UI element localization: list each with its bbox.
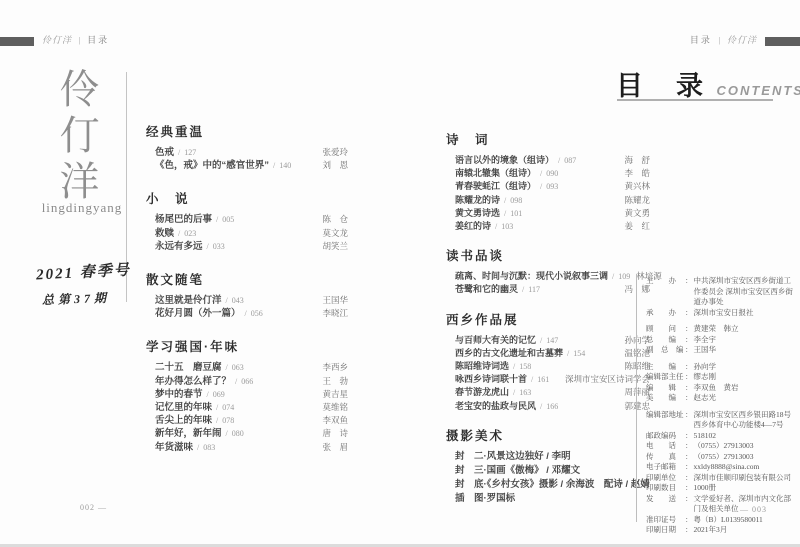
toc-item-title: 杨尾巴的后事 / 005	[155, 214, 234, 226]
colophon-value: 李双鱼 黄岩	[694, 383, 799, 394]
toc-item-page: / 074	[212, 403, 234, 412]
section-title: 诗 词	[446, 130, 650, 148]
colophon-row: 印刷数目：1000册	[646, 483, 798, 494]
colophon-row: 传 真：（0755）27913003	[646, 452, 798, 463]
toc-item: 封 二·风景这边独好 / 李明	[446, 450, 650, 464]
header-separator-right: |	[718, 36, 720, 45]
toc-item: 永远有多远 / 033胡笑兰	[146, 240, 348, 253]
toc-item-author: 刘 恩	[322, 159, 348, 171]
toc-item-page: / 117	[518, 285, 540, 294]
toc-item: 封 三·国画《傲梅》 / 邓耀文	[446, 464, 650, 478]
colophon-value: 深圳市佳顺印刷包装有限公司	[694, 473, 799, 484]
colophon-label: 美 编	[646, 393, 685, 404]
toc-item-page: / 063	[222, 363, 244, 372]
colophon-label: 顾 问	[646, 324, 685, 335]
toc-item: 苍鹭和它的幽灵 / 117冯 娜	[446, 283, 650, 296]
header-accent-bar-left	[0, 37, 34, 46]
colophon-colon: ：	[685, 525, 693, 536]
toc-item-page: / 161	[527, 375, 549, 384]
toc-item-author: 黄兴林	[624, 180, 650, 192]
colophon-row: 印刷日期：2021年3月	[646, 525, 798, 536]
toc-item: 春节游龙虎山 / 163周萍丽	[446, 386, 650, 399]
toc-item: 陈昭维诗词选 / 158陈昭维	[446, 360, 650, 373]
toc-item-title: 救赎 / 023	[155, 228, 196, 240]
colophon-row: 主 编：孙向学	[646, 362, 798, 373]
section-title: 学习强国·年味	[146, 337, 348, 355]
toc-section: 西乡作品展与百师大有关的记忆 / 147孙向学西乡的古文化遗址和古墓葬 / 15…	[446, 310, 650, 413]
colophon-colon: ：	[685, 335, 693, 346]
colophon-value: 深圳市宝安日报社	[694, 308, 799, 319]
colophon-colon: ：	[685, 372, 693, 383]
toc-item-page: / 043	[222, 296, 244, 305]
toc-item: 新年好，新年闹 / 080唐 诗	[146, 427, 348, 440]
toc-item-author: 李晓江	[322, 307, 348, 319]
toc-item-page: / 056	[241, 309, 263, 318]
toc-item: 救赎 / 023莫文龙	[146, 227, 348, 240]
colophon-label: 印刷数目	[646, 483, 685, 494]
toc-item-title: 记忆里的年味 / 074	[155, 402, 234, 414]
toc-item-page: / 109	[608, 272, 630, 281]
toc-item-author: 黄文勇	[624, 207, 650, 219]
toc-item: 这里就是伶仃洋 / 043王国华	[146, 294, 348, 307]
toc-item: 舌尖上的年味 / 078李双鱼	[146, 414, 348, 427]
toc-item-author: 陈耀龙	[624, 194, 650, 206]
toc-item-page: / 147	[536, 336, 558, 345]
toc-item-page: / 090	[536, 169, 558, 178]
toc-item-title: 陈昭维诗词选 / 158	[455, 360, 531, 373]
colophon-colon: ：	[685, 276, 693, 308]
colophon-value: 2021年3月	[694, 525, 799, 536]
toc-item-page: / 083	[193, 443, 215, 452]
colophon-colon: ：	[685, 483, 693, 494]
colophon-colon: ：	[685, 324, 693, 335]
colophon-row: 主 办：中共深圳市宝安区西乡街道工作委员会 深圳市宝安区西乡街道办事处	[646, 276, 798, 308]
header-separator-left: |	[79, 36, 81, 45]
colophon-value: xxldy8888@sina.com	[694, 462, 799, 473]
toc-item-title: 花好月圆（外一篇） / 056	[155, 308, 263, 320]
running-header-left: 伶仃洋 | 目录	[42, 33, 109, 46]
toc-item-author: 张 眉	[322, 441, 348, 453]
toc-item-title: 年货滋味 / 083	[155, 442, 215, 454]
toc-item: 咏西乡诗词联十首 / 161深圳市宝安区诗词学会	[446, 373, 650, 386]
toc-item: 黄文勇诗选 / 101黄文勇	[446, 207, 650, 220]
contents-title-underline	[617, 99, 773, 101]
colophon-label: 主 办	[646, 276, 685, 308]
toc-item: 年货滋味 / 083张 眉	[146, 441, 348, 454]
colophon-row: 副 总 编：王国华	[646, 345, 798, 356]
colophon-colon: ：	[685, 393, 693, 404]
toc-item-author: 王国华	[322, 294, 348, 306]
section-title: 散文随笔	[146, 270, 348, 288]
colophon-value: 1000册	[694, 483, 799, 494]
toc-item-page: / 087	[554, 156, 576, 165]
toc-item-author: 唐 诗	[322, 427, 348, 439]
colophon-label: 电 话	[646, 441, 685, 452]
toc-item-title: 陈耀龙的诗 / 098	[455, 194, 522, 207]
section-title: 经典重温	[146, 122, 348, 140]
section-title: 西乡作品展	[446, 310, 650, 328]
toc-item-title: 新年好，新年闹 / 080	[155, 428, 244, 440]
colophon-colon: ：	[685, 345, 693, 356]
toc-item-title: 老宝安的盐政与民风 / 166	[455, 400, 558, 413]
colophon-label: 电子邮箱	[646, 462, 685, 473]
header-label-left: 目录	[87, 35, 109, 45]
toc-item: 姜红的诗 / 103姜 红	[446, 220, 650, 233]
toc-item-author: 陈 仓	[322, 213, 348, 225]
colophon-value: 中共深圳市宝安区西乡街道工作委员会 深圳市宝安区西乡街道办事处	[694, 276, 799, 308]
section-title: 读书品谈	[446, 246, 650, 264]
contents-title: 目 录 CONTENTS	[616, 64, 800, 103]
toc-item-page: / 103	[491, 222, 513, 231]
colophon-label: 邮政编码	[646, 431, 685, 442]
colophon-label: 编辑部主任	[646, 372, 685, 383]
toc-item-page: / 078	[212, 416, 234, 425]
toc-left-column: 经典重温色戒 / 127张爱玲《色，戒》中的“感官世界” / 140刘 恩小 说…	[146, 122, 348, 471]
section-title: 小 说	[146, 189, 348, 207]
toc-item-author: 莫维铭	[322, 401, 348, 413]
colophon-row: 印刷单位：深圳市佳顺印刷包装有限公司	[646, 473, 798, 484]
toc-item-title: 南辕北辙集（组诗） / 090	[455, 167, 558, 180]
toc-item-title: 《色，戒》中的“感官世界” / 140	[155, 160, 291, 172]
colophon-row: 准印证号：粤（B）L0139580011	[646, 515, 798, 526]
toc-item-page: / 098	[500, 196, 522, 205]
contents-title-cn: 目 录	[616, 71, 706, 101]
colophon-row: 顾 问：黄建荣 韩立	[646, 324, 798, 335]
toc-item-title: 姜红的诗 / 103	[455, 220, 513, 233]
colophon-value: （0755）27913003	[694, 441, 799, 452]
colophon-label: 主 编	[646, 362, 685, 373]
toc-item-page: / 066	[231, 377, 253, 386]
header-logo-right: 伶仃洋	[727, 35, 757, 45]
toc-item-author: 姜 红	[624, 220, 650, 232]
colophon-label: 编 辑	[646, 383, 685, 394]
header-logo-left: 伶仃洋	[42, 35, 72, 45]
toc-item-page: / 033	[203, 242, 225, 251]
colophon-colon: ：	[685, 410, 693, 431]
colophon-colon: ：	[685, 494, 693, 515]
colophon-row: 电 话：（0755）27913003	[646, 441, 798, 452]
toc-item-page: / 140	[269, 161, 291, 170]
toc-item-page: / 127	[174, 148, 196, 157]
colophon-label: 准印证号	[646, 515, 685, 526]
toc-item-title: 语言以外的境象（组诗） / 087	[455, 154, 576, 167]
toc-item: 青春驶蚝江（组诗） / 093黄兴林	[446, 180, 650, 193]
toc-item-page: / 101	[500, 209, 522, 218]
toc-item-page: / 080	[222, 429, 244, 438]
colophon: 主 办：中共深圳市宝安区西乡街道工作委员会 深圳市宝安区西乡街道办事处承 办：深…	[646, 276, 798, 536]
toc-item-author: 李 皓	[624, 167, 650, 179]
toc-item-title: 色戒 / 127	[155, 147, 196, 159]
toc-section: 摄影美术封 二·风景这边独好 / 李明封 三·国画《傲梅》 / 邓耀文封 底·《…	[446, 426, 650, 506]
colophon-value: 深圳市宝安区西乡银田路18号西乡体育中心功能楼4—7号	[694, 410, 799, 431]
colophon-colon: ：	[685, 431, 693, 442]
colophon-row: 承 办：深圳市宝安日报社	[646, 308, 798, 319]
colophon-label: 印刷日期	[646, 525, 685, 536]
toc-section: 诗 词语言以外的境象（组诗） / 087海 舒南辕北辙集（组诗） / 090李 …	[446, 130, 650, 233]
toc-item-title: 春节游龙虎山 / 163	[455, 386, 531, 399]
colophon-colon: ：	[685, 515, 693, 526]
toc-item: 陈耀龙的诗 / 098陈耀龙	[446, 194, 650, 207]
toc-item-title: 年办得怎么样了？ / 066	[155, 376, 253, 388]
toc-item-author: 深圳市宝安区诗词学会	[565, 373, 650, 385]
toc-item-author: 张爱玲	[322, 146, 348, 158]
toc-section: 学习强国·年味二十五 磨豆腐 / 063李西乡年办得怎么样了？ / 066王 勃…	[146, 337, 348, 453]
toc-item-page: / 154	[563, 349, 585, 358]
toc-right-column: 诗 词语言以外的境象（组诗） / 087海 舒南辕北辙集（组诗） / 090李 …	[446, 130, 650, 519]
toc-item: 与百师大有关的记忆 / 147孙向学	[446, 334, 650, 347]
toc-item-title: 与百师大有关的记忆 / 147	[455, 334, 558, 347]
toc-item-title: 梦中的春节 / 069	[155, 389, 225, 401]
toc-item-title: 苍鹭和它的幽灵 / 117	[455, 283, 540, 296]
toc-item-author: 胡笑兰	[322, 240, 348, 252]
colophon-row: 编辑部地址：深圳市宝安区西乡银田路18号西乡体育中心功能楼4—7号	[646, 410, 798, 431]
toc-item: 杨尾巴的后事 / 005陈 仓	[146, 213, 348, 226]
toc-item: 年办得怎么样了？ / 066王 勃	[146, 375, 348, 388]
colophon-row: 美 编：赵志光	[646, 393, 798, 404]
toc-item-page: / 005	[212, 215, 234, 224]
toc-item-page: / 166	[536, 402, 558, 411]
toc-item-title: 二十五 磨豆腐 / 063	[155, 362, 244, 374]
toc-section: 读书品谈疏离、时间与沉默：现代小说叙事三调 / 109林培源苍鹭和它的幽灵 / …	[446, 246, 650, 296]
magazine-logo-pinyin: lingdingyang	[24, 200, 140, 216]
colophon-row: 发 送：文学爱好者、深圳市内文化部门及相关单位	[646, 494, 798, 515]
toc-item: 语言以外的境象（组诗） / 087海 舒	[446, 154, 650, 167]
toc-item-page: / 158	[509, 362, 531, 371]
toc-item: 色戒 / 127张爱玲	[146, 146, 348, 159]
toc-item: 疏离、时间与沉默：现代小说叙事三调 / 109林培源	[446, 270, 650, 283]
colophon-label: 印刷单位	[646, 473, 685, 484]
toc-item-author: 王 勃	[322, 375, 348, 387]
toc-item: 记忆里的年味 / 074莫维铭	[146, 401, 348, 414]
colophon-label: 副 总 编	[646, 345, 685, 356]
colophon-row: 编 辑：李双鱼 黄岩	[646, 383, 798, 394]
colophon-colon: ：	[685, 308, 693, 319]
toc-item-title: 这里就是伶仃洋 / 043	[155, 295, 244, 307]
colophon-label: 总 编	[646, 335, 685, 346]
toc-item: 封 底·《乡村女孩》摄影 / 余海波 配诗 / 赵婧	[446, 478, 650, 492]
toc-item-author: 海 舒	[624, 154, 650, 166]
toc-item-page: / 093	[536, 182, 558, 191]
toc-item: 梦中的春节 / 069黄吉星	[146, 388, 348, 401]
colophon-value: 518102	[694, 431, 799, 442]
colophon-colon: ：	[685, 452, 693, 463]
colophon-colon: ：	[685, 383, 693, 394]
toc-item-author: 李西乡	[322, 361, 348, 373]
toc-item: 老宝安的盐政与民风 / 166郭建忠	[446, 400, 650, 413]
magazine-logo-calligraphy: 伶仃洋	[52, 68, 100, 213]
toc-item-title: 青春驶蚝江（组诗） / 093	[455, 180, 558, 193]
running-header-right: 目录 | 伶仃洋	[690, 33, 757, 46]
toc-item: 《色，戒》中的“感官世界” / 140刘 恩	[146, 159, 348, 172]
header-label-right: 目录	[690, 35, 712, 45]
colophon-value: 黄建荣 韩立	[694, 324, 799, 335]
header-accent-bar-right	[765, 37, 800, 46]
colophon-value: 缪志刚	[694, 372, 799, 383]
toc-item-title: 黄文勇诗选 / 101	[455, 207, 522, 220]
issue-number: 总第37期	[42, 289, 111, 308]
colophon-label: 承 办	[646, 308, 685, 319]
colophon-label: 编辑部地址	[646, 410, 685, 431]
page-number-right: — 003	[740, 505, 767, 514]
toc-item: 南辕北辙集（组诗） / 090李 皓	[446, 167, 650, 180]
toc-section: 散文随笔这里就是伶仃洋 / 043王国华花好月圆（外一篇） / 056李晓江	[146, 270, 348, 320]
toc-item-title: 永远有多远 / 033	[155, 241, 225, 253]
toc-item-title: 咏西乡诗词联十首 / 161	[455, 373, 549, 386]
colophon-value: （0755）27913003	[694, 452, 799, 463]
contents-title-en: CONTENTS	[716, 83, 800, 98]
colophon-colon: ：	[685, 362, 693, 373]
toc-item: 西乡的古文化遗址和古墓葬 / 154温铭池	[446, 347, 650, 360]
colophon-value: 粤（B）L0139580011	[694, 515, 799, 526]
colophon-row: 编辑部主任：缪志刚	[646, 372, 798, 383]
colophon-divider-line	[636, 274, 637, 522]
toc-item-title: 舌尖上的年味 / 078	[155, 415, 234, 427]
colophon-row: 电子邮箱：xxldy8888@sina.com	[646, 462, 798, 473]
colophon-label: 传 真	[646, 452, 685, 463]
colophon-value: 孙向学	[694, 362, 799, 373]
toc-section: 小 说杨尾巴的后事 / 005陈 仓救赎 / 023莫文龙永远有多远 / 033…	[146, 189, 348, 253]
toc-item: 插 图·罗国标	[446, 492, 650, 506]
page-number-left: 002 —	[80, 503, 107, 512]
colophon-colon: ：	[685, 473, 693, 484]
issue-season: 2021 春季号	[36, 259, 132, 285]
colophon-colon: ：	[685, 441, 693, 452]
toc-item-title: 疏离、时间与沉默：现代小说叙事三调 / 109	[455, 270, 630, 283]
colophon-colon: ：	[685, 462, 693, 473]
colophon-value: 李全宇	[694, 335, 799, 346]
colophon-row: 总 编：李全宇	[646, 335, 798, 346]
colophon-label: 发 送	[646, 494, 685, 515]
toc-item-page: / 163	[509, 388, 531, 397]
toc-item-page: / 069	[203, 390, 225, 399]
toc-item: 二十五 磨豆腐 / 063李西乡	[146, 361, 348, 374]
toc-item: 花好月圆（外一篇） / 056李晓江	[146, 307, 348, 320]
colophon-value: 王国华	[694, 345, 799, 356]
magazine-contents-spread: 伶仃洋 | 目录 目录 | 伶仃洋 伶仃洋 lingdingyang 2021 …	[0, 0, 800, 547]
toc-item-author: 李双鱼	[322, 414, 348, 426]
toc-item-page: / 023	[174, 229, 196, 238]
toc-item-author: 莫文龙	[322, 227, 348, 239]
colophon-value: 赵志光	[694, 393, 799, 404]
colophon-row: 邮政编码：518102	[646, 431, 798, 442]
section-title: 摄影美术	[446, 426, 650, 444]
toc-section: 经典重温色戒 / 127张爱玲《色，戒》中的“感官世界” / 140刘 恩	[146, 122, 348, 172]
toc-item-title: 西乡的古文化遗址和古墓葬 / 154	[455, 347, 585, 360]
toc-item-author: 黄吉星	[322, 388, 348, 400]
